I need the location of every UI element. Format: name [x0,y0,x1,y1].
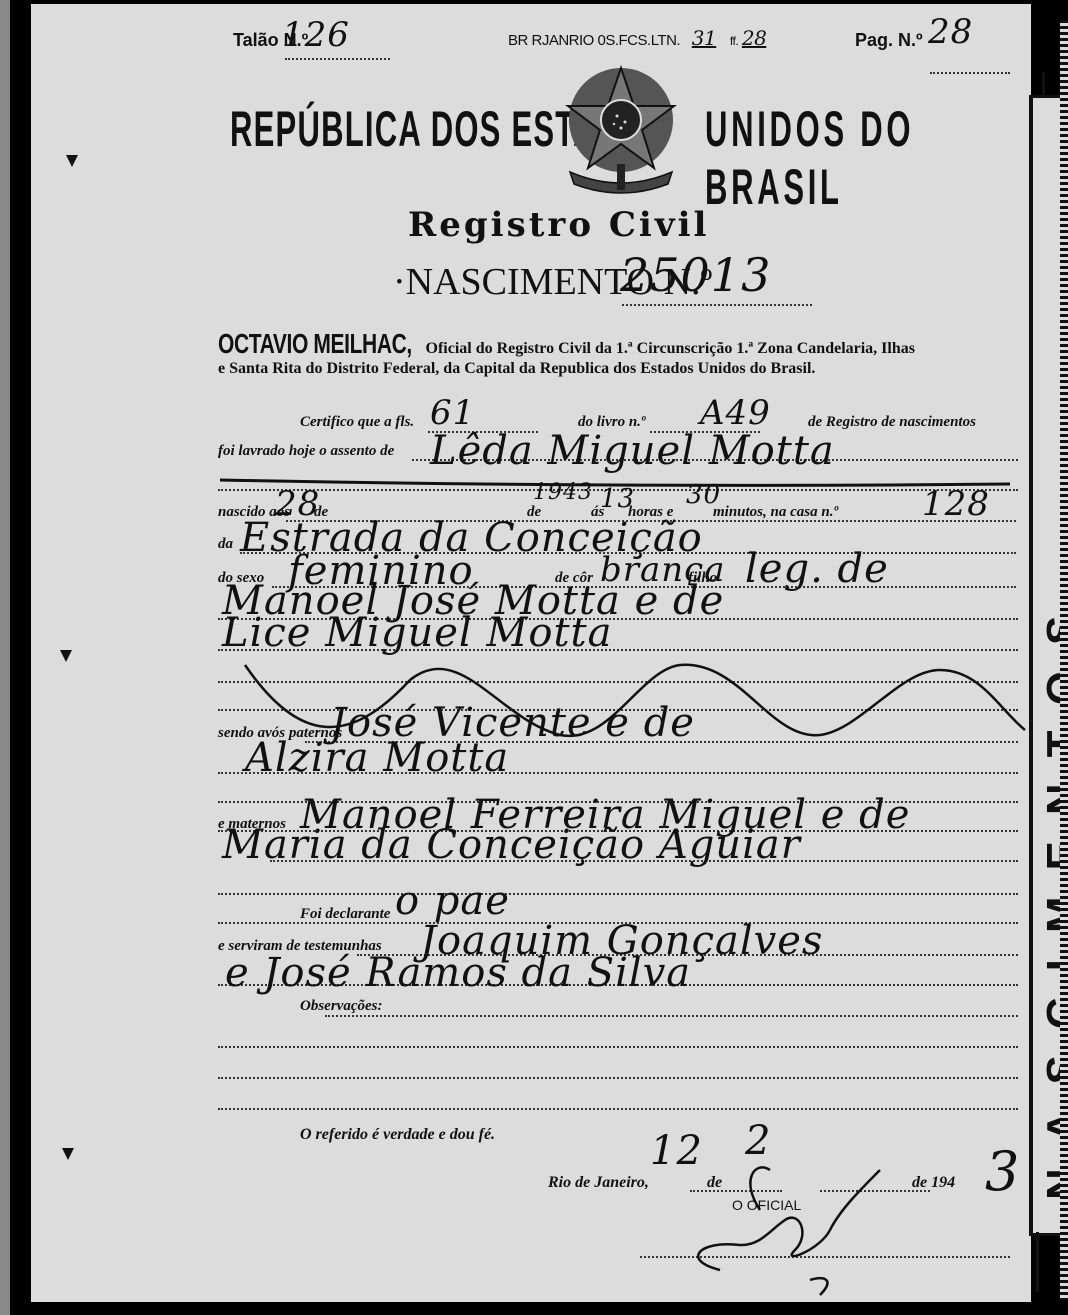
punch-mark [66,155,78,167]
sign-year-label: de 194 [912,1174,955,1192]
sign-year-digit: 3 [985,1140,1020,1203]
archive-reference: BR RJANRIO 0S.FCS.LTN. 31 ff. 28 [508,26,766,50]
perforated-edge [1060,20,1068,1300]
cancel-wave [240,650,1030,740]
testemunhas-line2: e José Ramos da Silva [225,950,691,996]
maternos-line2: Maria da Conceição Aguiar [222,822,801,868]
talao-dotted-line [285,58,390,60]
coat-of-arms-icon [562,64,680,196]
cancel-stroke [215,470,1015,500]
avos-paternos-line2: Alzira Motta [245,735,509,781]
archive-ref-code: BR RJANRIO 0S.FCS.LTN. [508,32,680,49]
official-text-line2: e Santa Rita do Distrito Federal, da Cap… [218,360,815,378]
official-line1-text: Oficial do Registro Civil da 1.ª Circuns… [422,340,915,357]
scan-border-left [0,0,10,1315]
observacoes-label: Observações: [300,998,382,1015]
form-line [218,1046,1018,1048]
pag-label: Pag. N.º [855,30,923,51]
da-label: da [218,536,233,553]
official-text-line1: OCTAVIO MEILHAC, Oficial do Registro Civ… [218,328,1018,360]
fls-value: 61 [430,393,475,433]
nascimento-number: 25013 [620,248,771,302]
referido-text: O referido é verdade e dou fé. [300,1126,495,1144]
form-line [218,893,1018,895]
archive-ref-number: 31 [692,26,716,50]
livro-value: A49 [700,393,771,433]
signature-icon [660,1150,900,1300]
archive-ref-sep: ff. [730,34,738,48]
punch-mark [62,1148,74,1160]
nascimento-dotted-line [622,304,812,306]
declarante-label: Foi declarante [300,906,390,923]
heading-brasil: UNIDOS DO BRASIL [705,100,930,216]
filho-value: leg. de [745,546,889,592]
form-line [325,1015,1018,1017]
registro-civil-title: Registro Civil [408,205,709,245]
minutos-label: minutos, na casa n.º [713,504,838,521]
official-name: OCTAVIO MEILHAC, [218,328,412,360]
pag-value: 28 [928,12,973,52]
talao-value: 126 [282,15,350,55]
rio-label: Rio de Janeiro, [548,1174,649,1192]
form-line [218,1077,1018,1079]
margin-tick [1036,1232,1039,1292]
punch-mark [60,650,72,662]
assento-label: foi lavrado hoje o assento de [218,443,394,460]
pag-dotted-line [930,72,1010,74]
form-line [218,1108,1018,1110]
assento-value: Lêda Miguel Motta [430,428,835,474]
certifico-label: Certifico que a fls. [300,414,414,431]
archive-ref-folio: 28 [742,26,766,50]
